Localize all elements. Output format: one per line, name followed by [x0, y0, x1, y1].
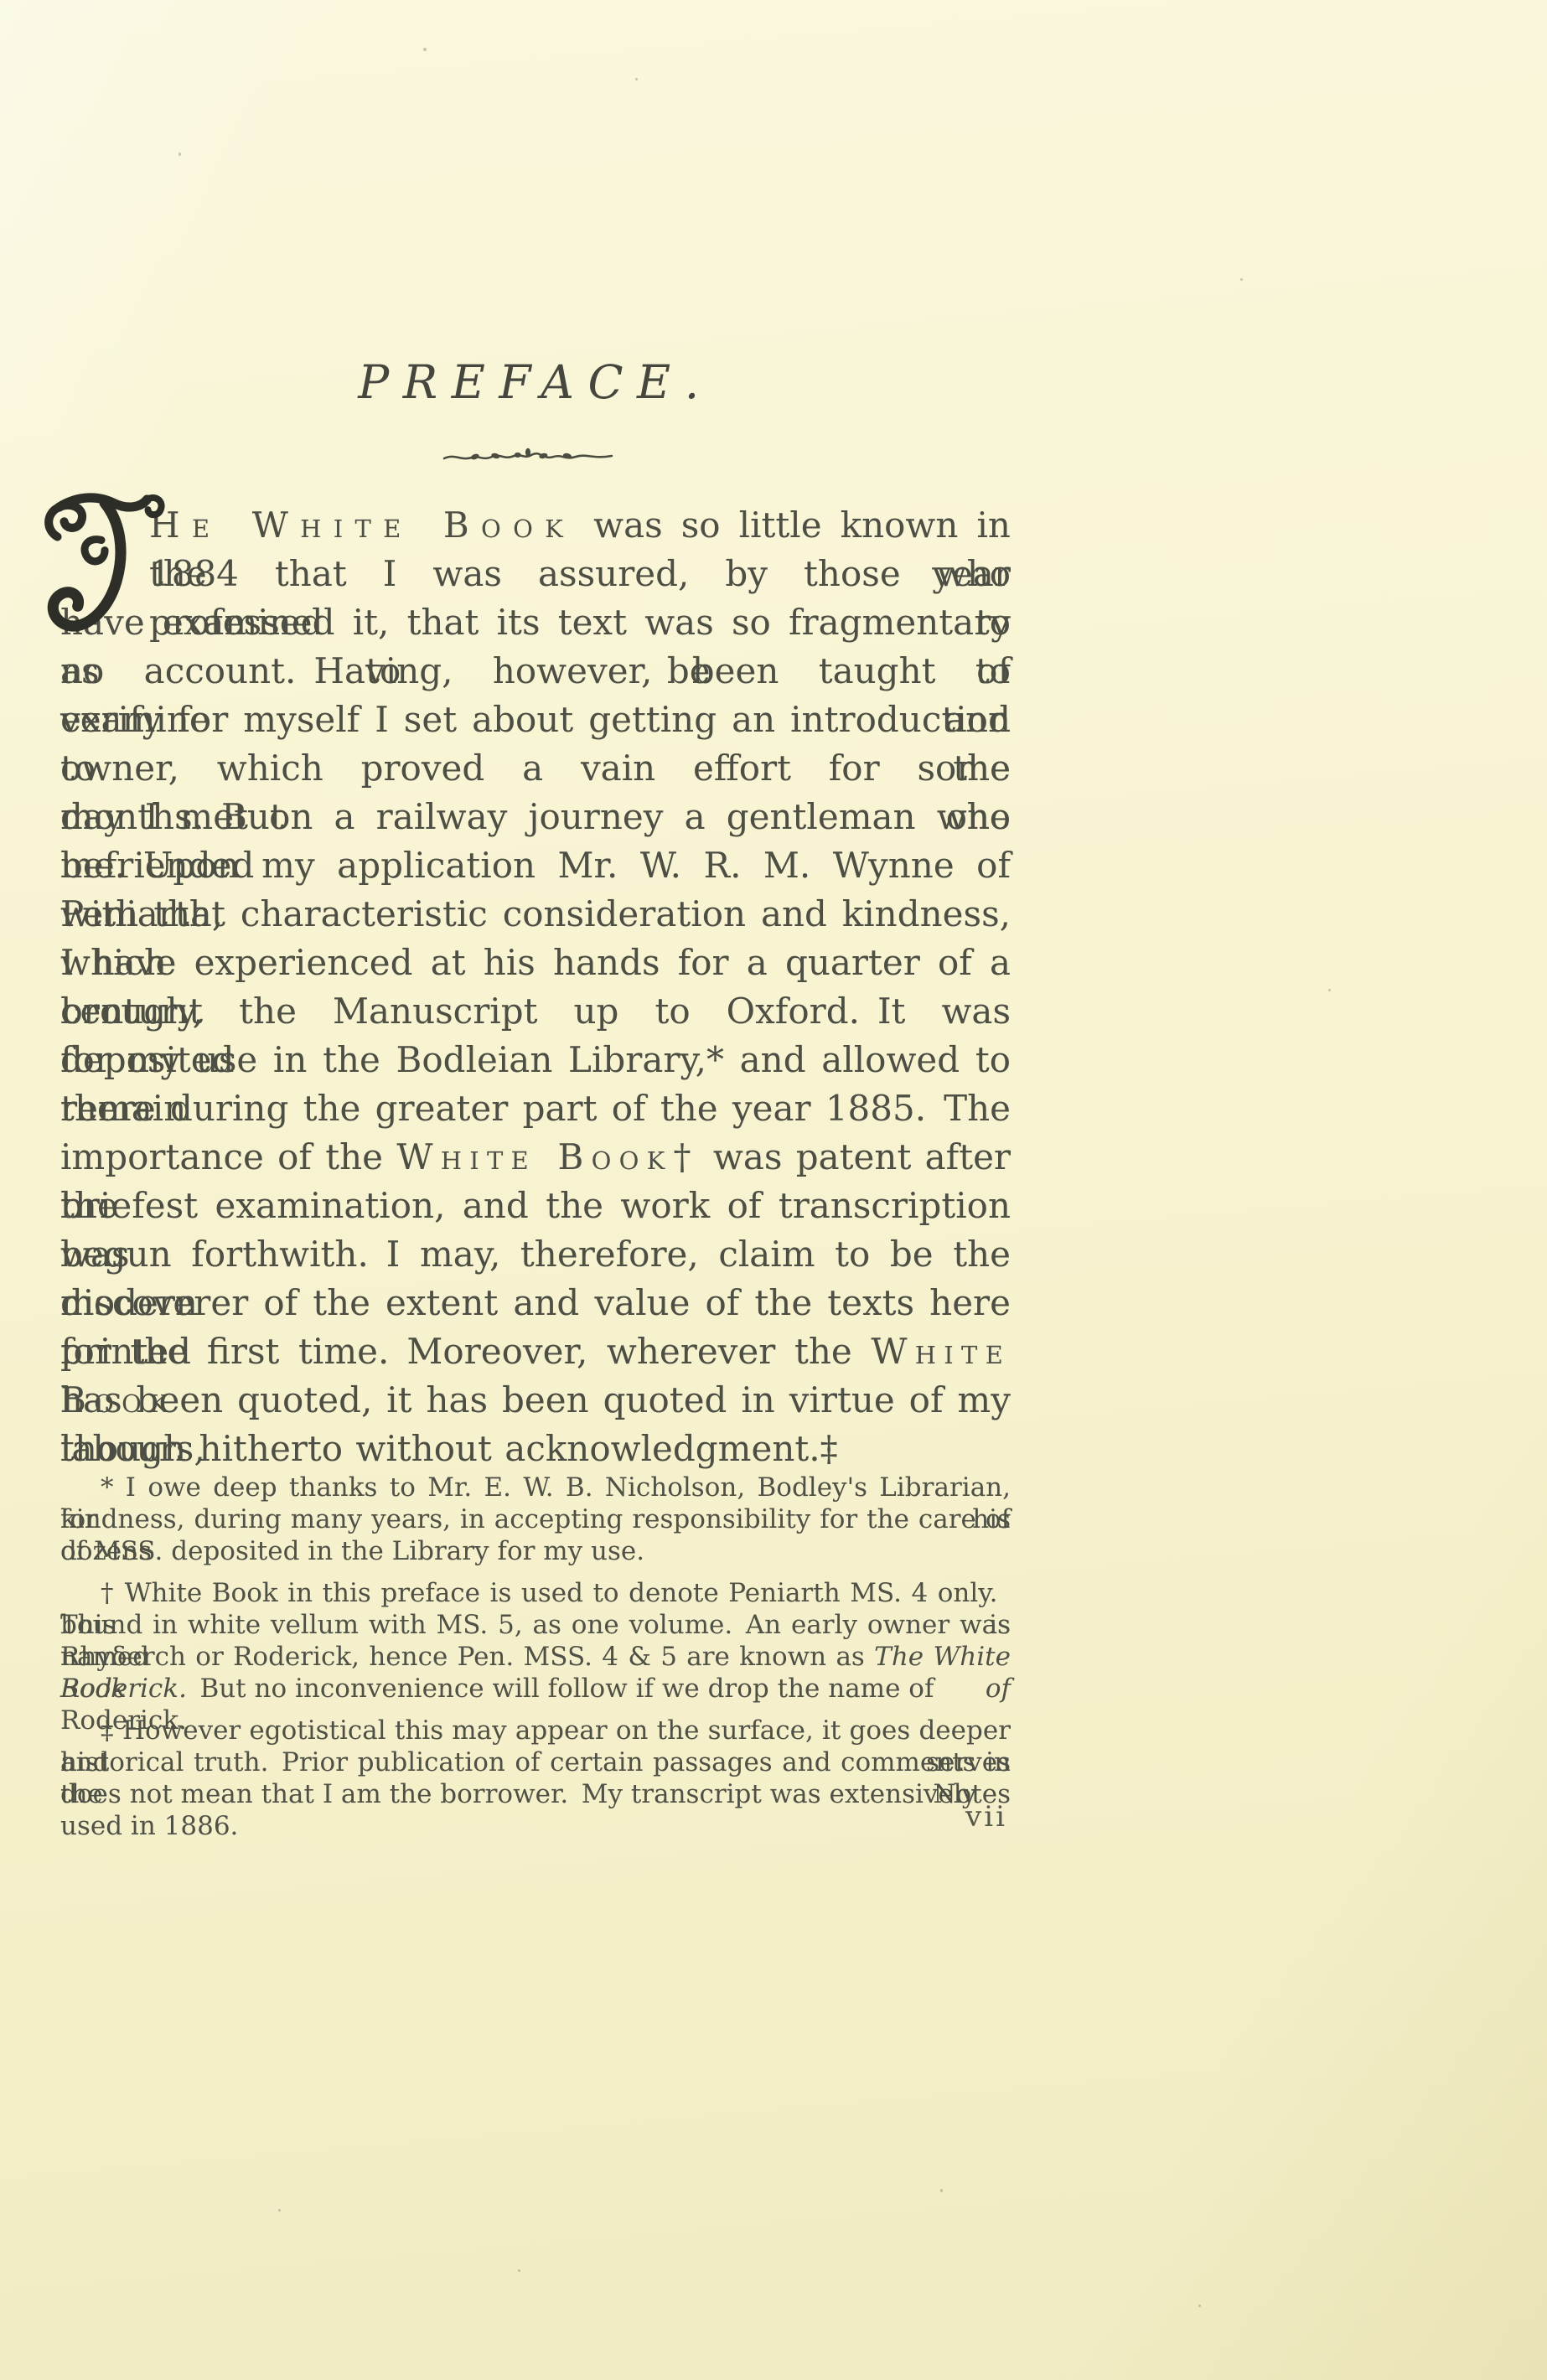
text-line: owner, which proved a vain effort for so… — [60, 744, 1011, 793]
text-line: day I met on a railway journey a gentlem… — [60, 793, 1011, 841]
footnote-line: historical truth. Prior publication of c… — [60, 1746, 1011, 1778]
text-line: with that characteristic consideration a… — [60, 890, 1011, 939]
book-page-scan: PREFACE. — [0, 0, 1547, 2380]
footnote-line: † White Book in this preface is used to … — [60, 1577, 1011, 1609]
title-ornament-flourish — [442, 445, 613, 468]
text-line: 1884 that I was assured, by those who pr… — [149, 550, 1011, 598]
drop-cap-T — [39, 493, 166, 670]
footnote-line: ‡ However egotistical this may appear on… — [60, 1715, 1011, 1746]
footnote-line: Rhyδerch or Roderick, hence Pen. MSS. 4 … — [60, 1641, 1011, 1673]
paper-speck — [940, 2189, 943, 2192]
footnote-line: kindness, during many years, in acceptin… — [60, 1503, 1011, 1535]
footnote-dagger: † White Book in this preface is used to … — [60, 1577, 1011, 1705]
preface-body: He White Book was so little known in the… — [60, 501, 1011, 1473]
italic-book-title: Roderick. — [60, 1674, 187, 1704]
text-line: though hitherto without acknowledgment.‡ — [60, 1425, 1011, 1473]
footnote-line: * I owe deep thanks to Mr. E. W. B. Nich… — [60, 1472, 1011, 1503]
paper-speck — [1198, 2305, 1201, 2307]
page-number: vii — [60, 1800, 1011, 1834]
footnote-double-dagger: ‡ However egotistical this may appear on… — [60, 1715, 1011, 1810]
text-line: brought the Manuscript up to Oxford. It … — [60, 987, 1011, 1036]
footnote-line: Roderick. But no inconvenience will foll… — [60, 1673, 1011, 1705]
paper-speck — [278, 2209, 281, 2212]
text-line: have examined it, that its text was so f… — [60, 598, 1011, 647]
text-line: for the first time. Moreover, wherever t… — [60, 1327, 1011, 1376]
text-line: has been quoted, it has been quoted in v… — [60, 1376, 1011, 1425]
paper-speck — [423, 48, 427, 51]
small-caps-phrase: White Book† — [396, 1136, 699, 1177]
text-line: He White Book was so little known in the… — [149, 501, 1011, 550]
paper-speck — [1328, 989, 1331, 991]
text-line: me. Upon my application Mr. W. R. M. Wyn… — [60, 841, 1011, 890]
page-title: PREFACE. — [60, 355, 1011, 409]
footnotes: * I owe deep thanks to Mr. E. W. B. Nich… — [60, 1472, 1011, 1810]
text-line: verify for myself I set about getting an… — [60, 696, 1011, 744]
text-line: I have experienced at his hands for a qu… — [60, 939, 1011, 987]
footnote-star: * I owe deep thanks to Mr. E. W. B. Nich… — [60, 1472, 1011, 1567]
paper-speck — [635, 78, 638, 80]
text-line: no account. Having, however, been taught… — [60, 647, 1011, 696]
text-line: importance of the White Book† was patent… — [60, 1133, 1011, 1182]
text-line: begun forthwith. I may, therefore, claim… — [60, 1230, 1011, 1279]
paper-speck — [178, 153, 181, 156]
paper-speck — [518, 2269, 520, 2272]
paper-speck — [1240, 278, 1243, 281]
text-line: briefest examination, and the work of tr… — [60, 1182, 1011, 1230]
footnote-line: bound in white vellum with MS. 5, as one… — [60, 1609, 1011, 1641]
text-line: for my use in the Bodleian Library,* and… — [60, 1036, 1011, 1084]
text-line: discoverer of the extent and value of th… — [60, 1279, 1011, 1327]
small-caps-phrase: He White Book — [149, 504, 575, 546]
text-line: there during the greater part of the yea… — [60, 1084, 1011, 1133]
footnote-line: of MSS. deposited in the Library for my … — [60, 1535, 1011, 1567]
